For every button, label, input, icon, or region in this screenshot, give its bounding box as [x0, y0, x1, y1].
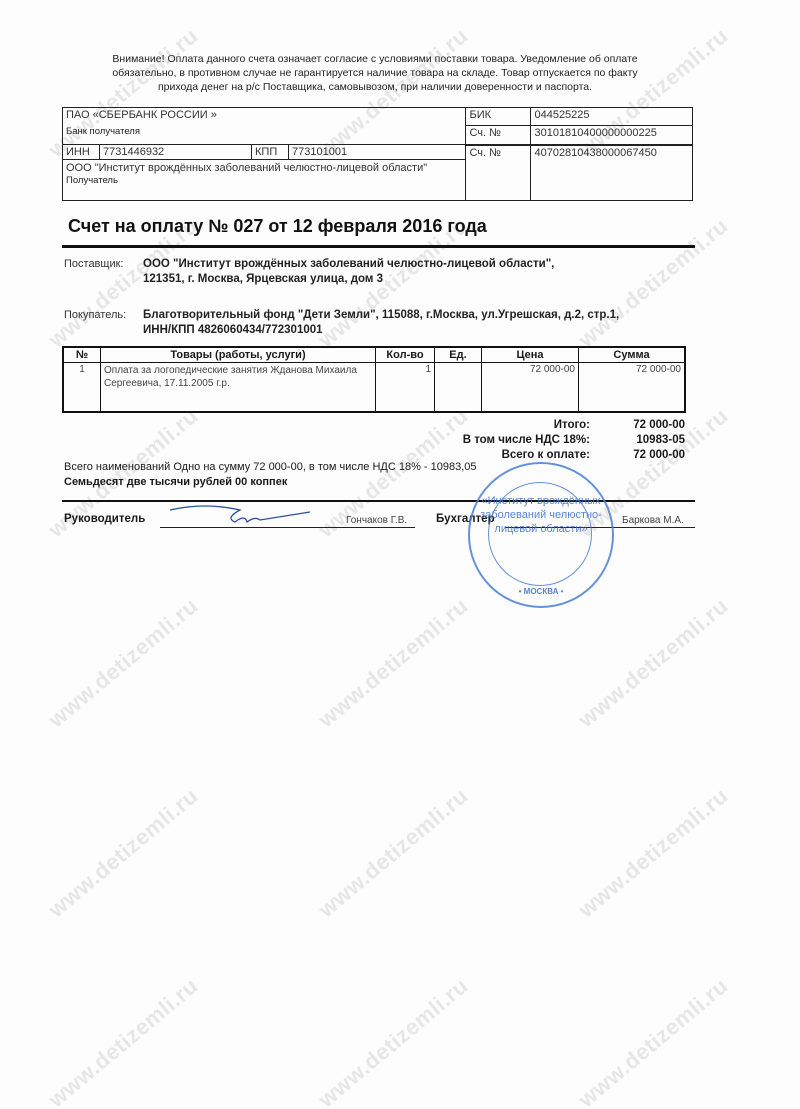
title-divider: [62, 245, 695, 248]
watermark-text: www.detizemli.ru: [574, 973, 734, 1109]
col-sum: Сумма: [579, 347, 686, 363]
watermark-text: www.detizemli.ru: [574, 593, 734, 733]
accountant-name: Баркова М.А.: [622, 515, 684, 526]
account-label: Сч. №: [466, 145, 531, 201]
buyer-details: Благотворительный фонд "Дети Земли", 115…: [143, 308, 619, 338]
row-price: 72 000-00: [482, 363, 579, 413]
supplier-line1: ООО "Институт врождённых заболеваний чел…: [143, 257, 554, 272]
company-stamp: «Институт врождённых заболеваний челюстн…: [468, 462, 614, 608]
stamp-city: • МОСКВА •: [470, 587, 612, 596]
payment-notice: Внимание! Оплата данного счета означает …: [110, 52, 640, 94]
recipient-name: ООО "Институт врождённых заболеваний чел…: [66, 161, 462, 175]
col-unit: Ед.: [435, 347, 482, 363]
row-qty: 1: [376, 363, 435, 413]
col-price: Цена: [482, 347, 579, 363]
supplier-label: Поставщик:: [64, 258, 123, 270]
bank-details-table: ПАО «СБЕРБАНК РОССИИ » Банк получателя Б…: [62, 107, 693, 201]
watermark-text: www.detizemli.ru: [44, 783, 204, 923]
supplier-details: ООО "Институт врождённых заболеваний чел…: [143, 257, 554, 287]
row-name: Оплата за логопедические занятия Жданова…: [101, 363, 376, 413]
recipient-label: Получатель: [66, 175, 462, 186]
row-num: 1: [63, 363, 101, 413]
director-name: Гончаков Г.В.: [346, 515, 407, 526]
inn-value: 7731446932: [100, 145, 252, 160]
inn-label: ИНН: [63, 145, 100, 160]
supplier-line2: 121351, г. Москва, Ярцевская улица, дом …: [143, 272, 554, 287]
total-label: Итого:: [420, 419, 590, 434]
kpp-label: КПП: [252, 145, 289, 160]
account-value: 40702810438000067450: [531, 145, 693, 201]
bank-name: ПАО «СБЕРБАНК РОССИИ »: [66, 109, 462, 121]
buyer-line2: ИНН/КПП 4826060434/772301001: [143, 323, 619, 338]
amount-in-words: Семьдесят две тысячи рублей 00 коппек: [64, 475, 477, 490]
vat-label: В том числе НДС 18%:: [420, 434, 590, 449]
items-table: № Товары (работы, услуги) Кол-во Ед. Цен…: [62, 346, 686, 413]
stamp-text: «Институт врождённых заболеваний челюстн…: [470, 494, 612, 536]
bik-value: 044525225: [531, 108, 693, 126]
director-signature-icon: [165, 500, 315, 530]
watermark-text: www.detizemli.ru: [314, 973, 474, 1109]
vat-value: 10983-05: [590, 434, 685, 449]
total-value: 72 000-00: [590, 419, 685, 434]
col-name: Товары (работы, услуги): [101, 347, 376, 363]
watermark-text: www.detizemli.ru: [44, 973, 204, 1109]
invoice-title: Счет на оплату № 027 от 12 февраля 2016 …: [68, 216, 487, 237]
summary-block: Всего наименований Одно на сумму 72 000-…: [64, 460, 477, 490]
buyer-line1: Благотворительный фонд "Дети Земли", 115…: [143, 308, 619, 323]
row-sum: 72 000-00: [579, 363, 686, 413]
watermark-text: www.detizemli.ru: [44, 593, 204, 733]
row-unit: [435, 363, 482, 413]
due-value: 72 000-00: [590, 449, 685, 464]
bank-label: Банк получателя: [66, 126, 462, 137]
bik-label: БИК: [466, 108, 531, 126]
col-qty: Кол-во: [376, 347, 435, 363]
totals-block: Итого:72 000-00 В том числе НДС 18%:1098…: [420, 419, 685, 464]
watermark-text: www.detizemli.ru: [574, 783, 734, 923]
watermark-text: www.detizemli.ru: [314, 593, 474, 733]
table-row: 1 Оплата за логопедические занятия Ждано…: [63, 363, 685, 413]
watermark-text: www.detizemli.ru: [314, 783, 474, 923]
summary-line1: Всего наименований Одно на сумму 72 000-…: [64, 460, 477, 475]
kpp-value: 773101001: [289, 145, 466, 160]
col-num: №: [63, 347, 101, 363]
buyer-label: Покупатель:: [64, 309, 126, 321]
corr-account-value: 30101810400000000225: [531, 126, 693, 145]
corr-account-label: Сч. №: [466, 126, 531, 145]
director-label: Руководитель: [64, 513, 145, 525]
